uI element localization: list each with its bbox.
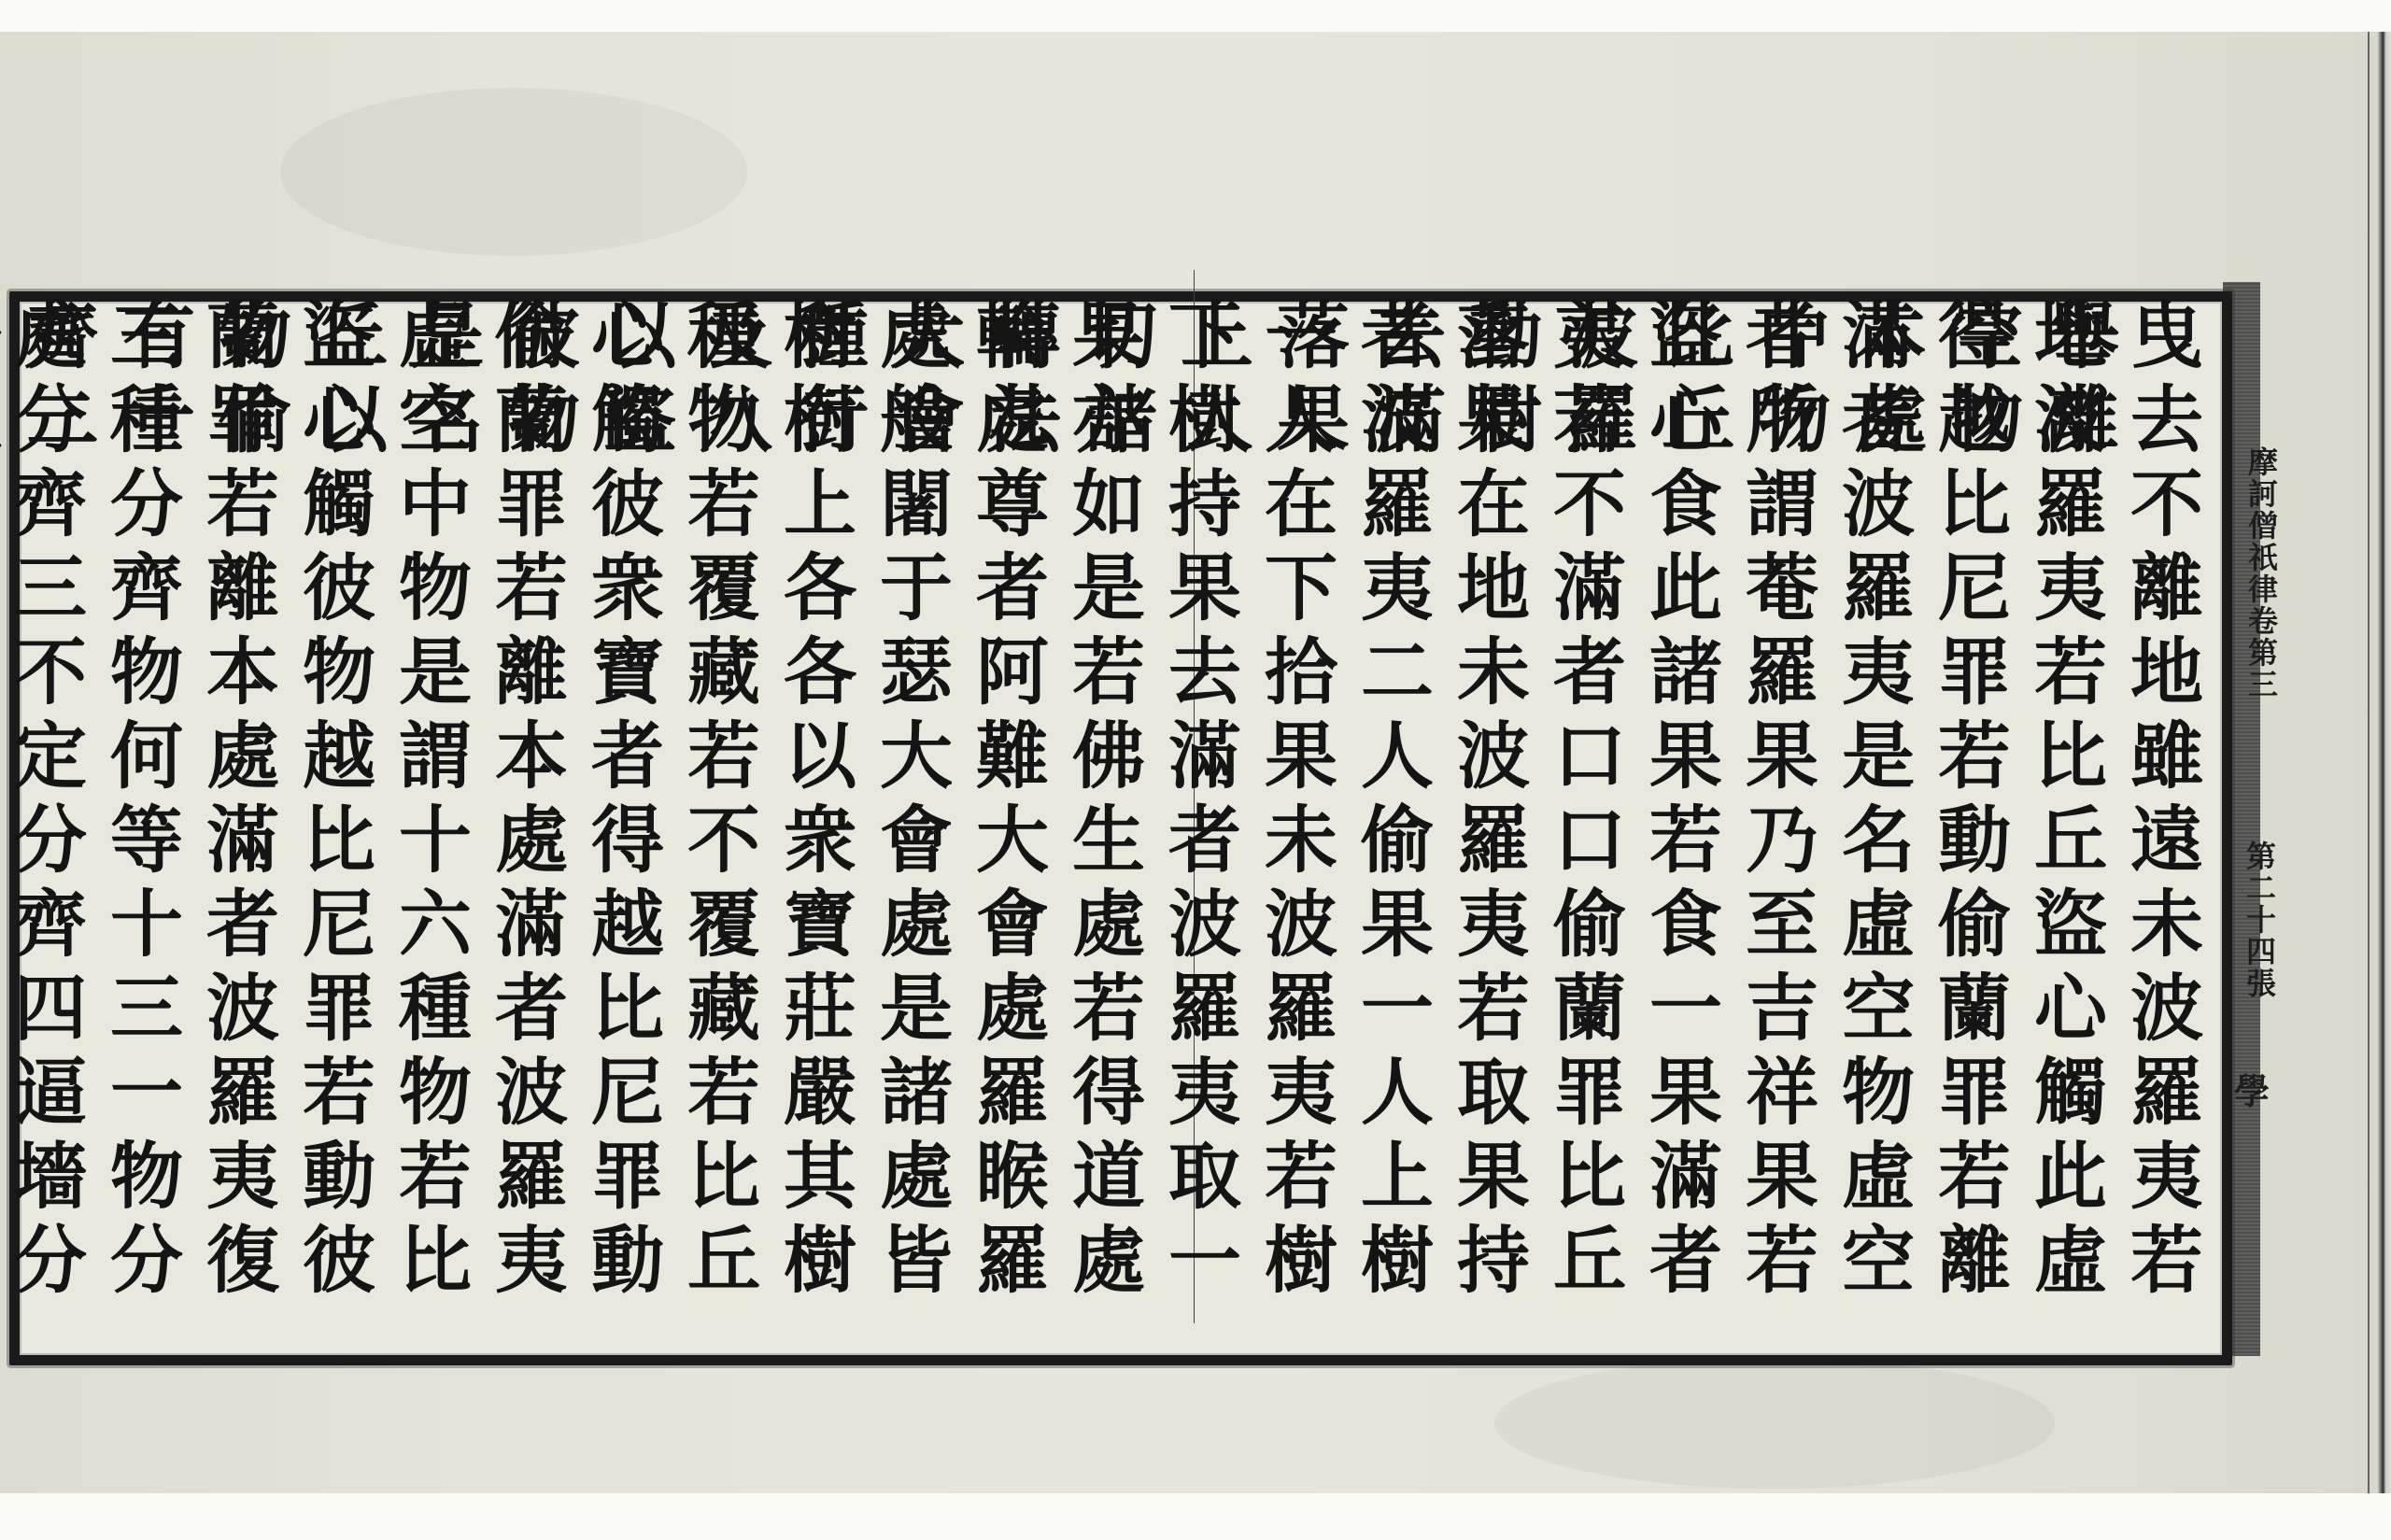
text-column-5: 者所謂菴羅果乃至吉祥果若比丘 bbox=[1724, 297, 1818, 1315]
text-column-21: 蘭罪若離本處滿者波羅夷復有十 bbox=[185, 297, 278, 1315]
text-column-1: 曳去不離地雖遠未波羅夷若舉離 bbox=[2109, 297, 2202, 1315]
text-column-4: 滿者波羅夷是名虛空物虛空中物 bbox=[1820, 297, 1914, 1315]
text-column-8: 落果在地未波羅夷若取果持去滿 bbox=[1436, 297, 1529, 1315]
text-column-9: 者波羅夷二人偷果一人上樹落果 bbox=[1339, 297, 1433, 1315]
text-column-13: 輪處尊者阿難大會處羅睺羅大會 bbox=[955, 297, 1048, 1315]
text-column-6: 盜心食此諸果若食一果滿者波羅 bbox=[1628, 297, 1721, 1315]
text-column-22: 三種分齊物何等十三一物分齊二 bbox=[89, 297, 182, 1315]
text-column-2: 地波羅夷若比丘盜心觸此虛空物 bbox=[2013, 297, 2106, 1315]
text-column-23: 處分齊三不定分齊四逼墻分齊五 bbox=[0, 297, 86, 1315]
paper-stain bbox=[280, 88, 747, 256]
text-column-16: 種物若覆藏若不覆藏若比丘以盜 bbox=[666, 297, 759, 1315]
text-column-3: 得越比尼罪若動偷蘭罪若離本處 bbox=[1917, 297, 2010, 1315]
text-column-7: 夷若不滿者口口偷蘭罪比丘動樹 bbox=[1532, 297, 1625, 1315]
text-column-19: 虛空中物是謂十六種物若比丘以 bbox=[377, 297, 471, 1315]
text-column-12: 果亦如是若佛生處若得道處轉法 bbox=[1051, 297, 1144, 1315]
text-column-15: 樹樹上各各以衆寶莊嚴其樹及八 bbox=[762, 297, 856, 1315]
text-column-20: 盜心觸彼物越比尼罪若動彼物偷 bbox=[281, 297, 375, 1315]
paper-stain bbox=[1494, 1358, 2055, 1489]
binding-fold-line bbox=[2368, 32, 2370, 1493]
text-column-10: 一人在下拾果未波羅夷若樹上人 bbox=[1243, 297, 1337, 1315]
text-column-14: 處般闍于瑟大會處是諸處皆種行 bbox=[858, 297, 952, 1315]
text-column-17: 心觸彼衆寶者得越比尼罪動彼物 bbox=[570, 297, 663, 1315]
margin-title: 摩訶僧祇律卷第三 bbox=[2240, 446, 2283, 700]
page-edge bbox=[2378, 32, 2391, 1493]
text-column-11: 下樹持果去滿者波羅夷取一切諸 bbox=[1147, 297, 1240, 1315]
margin-mark: 學 bbox=[2234, 1063, 2270, 1114]
text-column-18: 偷蘭罪若離本處滿者波羅夷是名 bbox=[474, 297, 567, 1315]
margin-folio-number: 第二十四張 bbox=[2238, 841, 2281, 999]
